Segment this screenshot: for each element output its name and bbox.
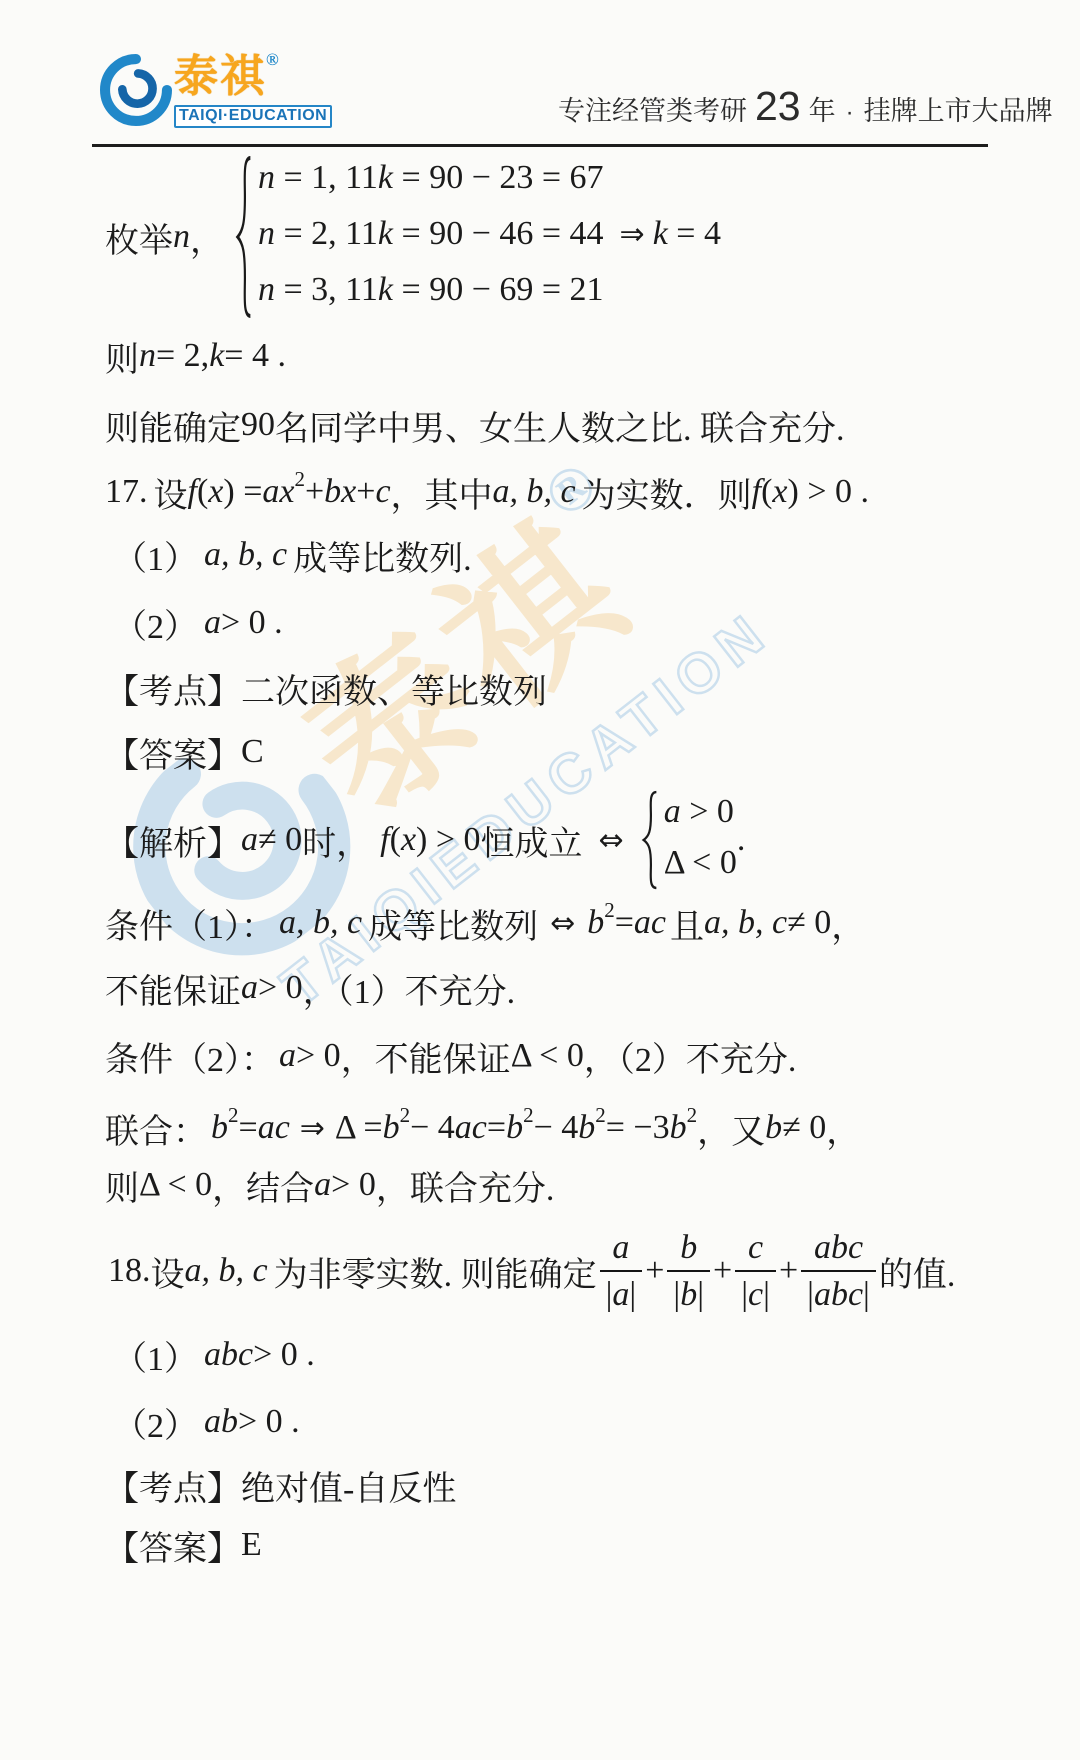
tagline-years-number: 23: [755, 86, 801, 127]
text-run-cn: ，（2）不充分.: [584, 1032, 797, 1081]
line-q18-condition-2: （2）ab > 0 .: [113, 1398, 300, 1446]
text-run-up: = 1, 11: [275, 159, 378, 196]
text-run-up: |: [807, 1276, 814, 1313]
text-run-fden: |a|: [600, 1270, 643, 1313]
text-run-up: C: [241, 733, 264, 771]
text-run-it: f: [188, 473, 197, 511]
exam-solution-page: 泰祺 ® TAIQI·EDUCATION 专注经管类考研 23 年 · 挂牌上市…: [0, 0, 1080, 1760]
text-run-up: |: [629, 1276, 636, 1313]
cases-block: a > 0Δ < 0: [640, 789, 737, 891]
text-run-it: a, b, c: [185, 1252, 268, 1290]
text-run-it: b: [383, 1109, 400, 1147]
text-run-it: a, b, c: [279, 904, 362, 942]
text-run-up: |: [697, 1276, 704, 1313]
text-run-cases-row: a > 0: [664, 789, 737, 840]
text-run-up: |: [741, 1276, 748, 1313]
text-run-cn: ，又: [697, 1104, 765, 1153]
text-run-up: = 2, 11: [275, 215, 378, 252]
logo-text-block: 泰祺 ® TAIQI·EDUCATION: [174, 52, 332, 128]
text-run-cn: ，: [826, 1104, 860, 1153]
text-run-sup: 2: [400, 1103, 411, 1128]
line-q17-cond1-analysis: 条件（1）：a, b, c成等比数列⇔b2 = ac且a, b, c ≠ 0，: [105, 899, 865, 947]
text-run-cn: 为实数．则: [582, 468, 752, 517]
text-run-it: ax: [262, 473, 294, 511]
text-run-it: b: [680, 1229, 697, 1266]
text-run-up: = 4 .: [224, 337, 286, 375]
text-run-cn: 条件（2）：: [105, 1032, 275, 1081]
text-run-it: ac: [258, 1109, 290, 1147]
text-run-up: (: [390, 821, 401, 859]
text-run-up: .: [737, 821, 746, 859]
line-q17-union: 联合：b2 = ac⇒Δ = b2 − 4ac = b2 − 4b2 = −3b…: [105, 1104, 860, 1152]
text-run-cn: ，（1）不充分.: [303, 964, 516, 1013]
text-run-fnum: c: [740, 1229, 771, 1269]
text-run-up: = 90 − 69 = 21: [393, 271, 604, 308]
text-run-it: b: [765, 1109, 782, 1147]
text-run-cn: 则: [105, 1161, 139, 1210]
text-run-it: a: [241, 969, 258, 1007]
cases-block: n = 1, 11k = 90 − 23 = 67n = 2, 11k = 90…: [234, 153, 721, 321]
text-run-up: > 0 .: [221, 604, 283, 642]
text-run-up: ≠ 0: [258, 821, 302, 859]
text-run-cn: ，联合充分.: [376, 1161, 555, 1210]
text-run-it: k: [653, 215, 668, 252]
text-run-sup: 2: [228, 1103, 239, 1128]
text-run-cases-rows: n = 1, 11k = 90 − 23 = 67n = 2, 11k = 90…: [258, 153, 721, 321]
text-run-sup: 2: [523, 1103, 534, 1128]
text-run-cases-row: n = 1, 11k = 90 − 23 = 67: [258, 153, 721, 209]
text-run-it: n: [258, 159, 275, 196]
text-run-up: 90: [241, 406, 275, 444]
text-run-up: = 90 − 46 = 44: [393, 215, 604, 252]
text-run-it: a, b, c: [704, 904, 787, 942]
text-run-it: x: [772, 473, 787, 511]
text-run-up: ≠ 0: [782, 1109, 826, 1147]
registered-trademark-icon: ®: [266, 50, 279, 70]
text-run-sup: 2: [687, 1103, 698, 1128]
line-q18-answer: 【答案】E: [105, 1521, 262, 1569]
text-run-up: 18.: [108, 1252, 151, 1290]
text-run-it: abc: [204, 1336, 253, 1374]
text-run-up: (: [197, 473, 208, 511]
text-run-up: > 0: [331, 1166, 376, 1204]
text-run-up: = 4: [668, 215, 721, 252]
text-run-up: |: [763, 1276, 770, 1313]
text-run-cn: 【考点】绝对值-自反性: [105, 1461, 456, 1510]
tagline-part2: 年: [809, 89, 836, 128]
text-run-cn: 名同学中男、女生人数之比. 联合充分.: [275, 401, 845, 450]
tagline-part3: 挂牌上市大品牌: [864, 89, 1053, 128]
text-run-cn: 【答案】: [105, 1521, 241, 1570]
text-run-it: b: [506, 1109, 523, 1147]
text-run-fden: |b|: [667, 1270, 710, 1313]
text-run-up: − 4: [410, 1109, 455, 1147]
text-run-cn: 恒成立: [481, 816, 583, 865]
text-run-it: n: [173, 218, 190, 256]
tagline-part1: 专注经管类考研: [558, 89, 747, 128]
line-question-18: 18.设a, b, c为非零实数. 则能确定a|a| + b|b| + c|c|…: [108, 1221, 955, 1321]
text-run-it: c: [748, 1276, 763, 1313]
fraction: c|c|: [735, 1229, 776, 1313]
text-run-it: n: [258, 215, 275, 252]
text-run-it: abc: [814, 1229, 863, 1266]
text-run-cn: 【解析】: [105, 816, 241, 865]
text-run-cn: ，: [831, 899, 865, 948]
text-run-it: k: [378, 271, 393, 308]
text-run-cn: 成等比数列: [368, 899, 538, 948]
text-run-up: − 4: [534, 1109, 579, 1147]
text-run-it: b: [211, 1109, 228, 1147]
text-run-it: ab: [204, 1403, 238, 1441]
text-run-arr: ⇔: [599, 823, 624, 858]
line-q18-keypoint: 【考点】绝对值-自反性: [105, 1461, 456, 1509]
left-curly-brace: [640, 789, 660, 891]
text-run-up: ≠ 0: [787, 904, 831, 942]
text-run-up: E: [241, 1526, 262, 1564]
text-run-up: 17.: [105, 473, 148, 511]
text-run-up: Δ < 0: [511, 1037, 584, 1075]
text-run-it: k: [209, 337, 224, 375]
text-run-it: a: [314, 1166, 331, 1204]
taiqi-swirl-icon: [100, 52, 172, 128]
text-run-up: > 0 .: [238, 1403, 300, 1441]
line-q17-condition-2: （2）a > 0 .: [113, 599, 283, 647]
text-run-it: f: [752, 473, 761, 511]
line-q17-answer: 【答案】C: [105, 728, 264, 776]
text-run-up: = 2,: [156, 337, 209, 375]
text-run-sup: 2: [294, 467, 305, 492]
text-run-up: +: [713, 1252, 732, 1290]
text-run-cn: 【答案】: [105, 728, 241, 777]
text-run-it: a: [612, 1276, 629, 1313]
text-run-up: Δ =: [335, 1109, 383, 1147]
text-run-up: = 90 − 23 = 67: [393, 159, 604, 196]
text-run-cn: 联合：: [105, 1104, 207, 1153]
line-q17-union-sufficient: 则Δ < 0，结合a > 0，联合充分.: [105, 1161, 554, 1209]
text-run-it: k: [378, 215, 393, 252]
text-run-it: a: [279, 1037, 296, 1075]
text-run-sup: 2: [604, 898, 615, 923]
text-run-fnum: abc: [806, 1229, 871, 1269]
text-run-cn: 【考点】二次函数、等比数列: [105, 664, 547, 713]
text-run-fnum: b: [672, 1229, 705, 1269]
text-run-cn: （1）: [113, 1331, 198, 1380]
text-run-it: f: [380, 821, 389, 859]
text-run-cn: 的值.: [879, 1247, 956, 1296]
text-run-up: +: [645, 1252, 664, 1290]
text-run-sup: 2: [595, 1103, 606, 1128]
text-run-cn: 则能确定: [105, 401, 241, 450]
text-run-cases-row: n = 2, 11k = 90 − 46 = 44⇒k = 4: [258, 209, 721, 265]
logo-wordmark: TAIQI·EDUCATION: [174, 105, 332, 128]
text-run-cn: 设: [154, 468, 188, 517]
text-run-cn: ，不能保证: [341, 1032, 511, 1081]
text-run-cn: 且: [670, 899, 704, 948]
text-run-up: =: [487, 1109, 506, 1147]
text-run-up: |: [863, 1276, 870, 1313]
fraction: abc|abc|: [801, 1229, 876, 1313]
text-run-up: ) > 0: [416, 821, 481, 859]
line-q17-condition-1: （1）a, b, c成等比数列.: [113, 531, 472, 579]
line-question-17: 17.设f(x) = ax2 + bx + c，其中a, b, c为实数．则f(…: [105, 468, 869, 516]
text-run-cn: 不能保证: [105, 964, 241, 1013]
text-run-it: n: [139, 337, 156, 375]
text-run-up: Δ < 0: [139, 1166, 212, 1204]
text-run-cn: 成等比数列.: [293, 531, 472, 580]
text-run-arr: ⇒: [300, 1111, 325, 1146]
text-run-up: = −3: [606, 1109, 670, 1147]
logo-brand-characters: 泰祺: [174, 52, 266, 103]
header-tagline: 专注经管类考研 23 年 · 挂牌上市大品牌: [558, 86, 1053, 128]
text-run-up: Δ < 0: [664, 844, 737, 881]
line-q17-analysis: 【解析】a ≠ 0时，f(x) > 0恒成立⇔a > 0Δ < 0.: [105, 792, 745, 888]
fraction: b|b|: [667, 1229, 710, 1313]
text-run-arr: ⇒: [620, 217, 645, 252]
text-run-up: +: [356, 473, 375, 511]
text-run-it: c: [748, 1229, 763, 1266]
tagline-separator-dot: ·: [846, 99, 854, 127]
text-run-it: b: [587, 904, 604, 942]
line-q18-condition-1: （1）abc > 0 .: [113, 1331, 315, 1379]
line-conclusion-ratio: 则能确定 90 名同学中男、女生人数之比. 联合充分.: [105, 401, 845, 449]
header-logo: 泰祺 ® TAIQI·EDUCATION: [100, 52, 332, 128]
text-run-cases-row: Δ < 0: [664, 840, 737, 891]
header-divider-rule: [92, 144, 988, 147]
line-q17-cond2-analysis: 条件（2）：a > 0，不能保证Δ < 0，（2）不充分.: [105, 1032, 796, 1080]
text-run-it: abc: [814, 1276, 863, 1313]
text-run-fden: |c|: [735, 1270, 776, 1313]
text-run-it: bx: [324, 473, 356, 511]
text-run-up: > 0: [258, 969, 303, 1007]
text-run-up: +: [305, 473, 324, 511]
text-run-cn: （2）: [113, 599, 198, 648]
text-run-up: =: [239, 1109, 258, 1147]
text-run-cn: （1）: [113, 531, 198, 580]
text-run-it: a: [664, 793, 681, 830]
text-run-fnum: a: [604, 1229, 637, 1269]
text-run-it: b: [670, 1109, 687, 1147]
text-run-cn: 枚举: [105, 213, 173, 262]
text-run-cases-row: n = 3, 11k = 90 − 69 = 21: [258, 265, 721, 321]
text-run-up: = 3, 11: [275, 271, 378, 308]
text-run-cn: 为非零实数. 则能确定: [274, 1247, 597, 1296]
text-run-it: x: [208, 473, 223, 511]
text-run-it: a: [612, 1229, 629, 1266]
text-run-cn: ，结合: [212, 1161, 314, 1210]
text-run-up: > 0 .: [253, 1336, 315, 1374]
text-run-up: ) =: [223, 473, 262, 511]
left-curly-brace: [234, 153, 254, 321]
text-run-it: n: [258, 271, 275, 308]
text-run-up: > 0: [296, 1037, 341, 1075]
text-run-cn: 时，: [302, 816, 370, 865]
text-run-up: +: [779, 1252, 798, 1290]
text-run-it: c: [375, 473, 390, 511]
text-run-cn: ，其中: [391, 468, 493, 517]
text-run-cn: 则: [105, 332, 139, 381]
text-run-it: x: [401, 821, 416, 859]
line-enumeration-cases: 枚举n，n = 1, 11k = 90 − 23 = 67n = 2, 11k …: [105, 162, 721, 312]
text-run-fden: |abc|: [801, 1270, 876, 1313]
text-run-cn: 条件（1）：: [105, 899, 275, 948]
text-run-it: a, b, c: [204, 536, 287, 574]
text-run-it: a, b, c: [493, 473, 576, 511]
document-body: 枚举n，n = 1, 11k = 90 − 23 = 67n = 2, 11k …: [0, 0, 1080, 1760]
text-run-up: > 0: [681, 793, 734, 830]
line-conclusion-nk: 则n = 2, k = 4 .: [105, 332, 286, 380]
text-run-it: ac: [634, 904, 666, 942]
text-run-it: k: [378, 159, 393, 196]
line-q17-cond1-insufficient: 不能保证a > 0，（1）不充分.: [105, 964, 515, 1012]
fraction: a|a|: [600, 1229, 643, 1313]
text-run-it: a: [241, 821, 258, 859]
text-run-up: (: [761, 473, 772, 511]
text-run-up: =: [615, 904, 634, 942]
text-run-it: b: [578, 1109, 595, 1147]
text-run-cases-rows: a > 0Δ < 0: [664, 789, 737, 891]
text-run-up: ) > 0 .: [788, 473, 870, 511]
text-run-cn: ，: [190, 213, 224, 262]
line-q17-keypoint: 【考点】二次函数、等比数列: [105, 664, 547, 712]
text-run-cn: 设: [151, 1247, 185, 1296]
text-run-arr: ⇔: [550, 906, 575, 941]
text-run-it: ac: [455, 1109, 487, 1147]
text-run-it: a: [204, 604, 221, 642]
text-run-it: b: [680, 1276, 697, 1313]
text-run-cn: （2）: [113, 1398, 198, 1447]
